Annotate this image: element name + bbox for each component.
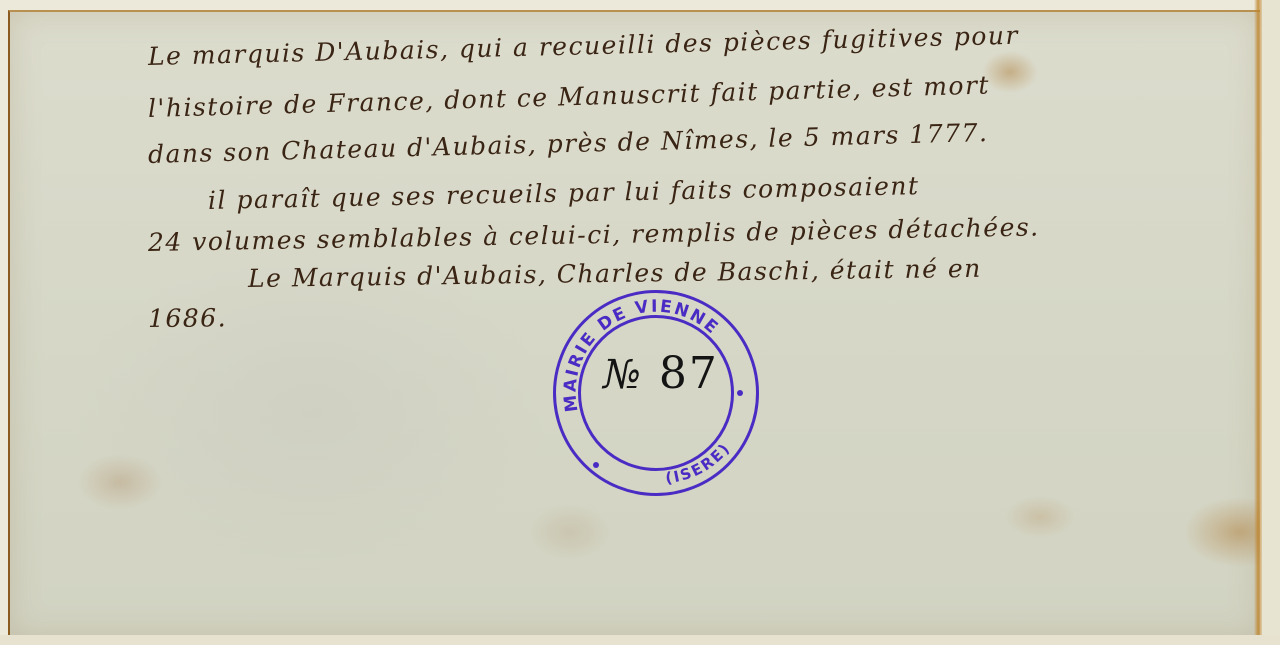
stamp-number: № 87 xyxy=(586,348,736,399)
text-line-7: 1686. xyxy=(148,303,227,333)
archive-stamp: MAIRIE DE VIENNE (ISERE) № 87 xyxy=(553,290,759,496)
bottom-margin xyxy=(0,635,1280,645)
stained-edge xyxy=(1254,0,1262,645)
stamp-number-value: 87 xyxy=(659,348,719,399)
numero-sign: № xyxy=(603,352,643,398)
paper-margin-strip xyxy=(1262,0,1280,645)
document-scan: Le marquis D'Aubais, qui a recueilli des… xyxy=(0,0,1280,645)
stamp-bottom-text: (ISERE) xyxy=(664,439,734,487)
svg-text:(ISERE): (ISERE) xyxy=(664,439,734,487)
